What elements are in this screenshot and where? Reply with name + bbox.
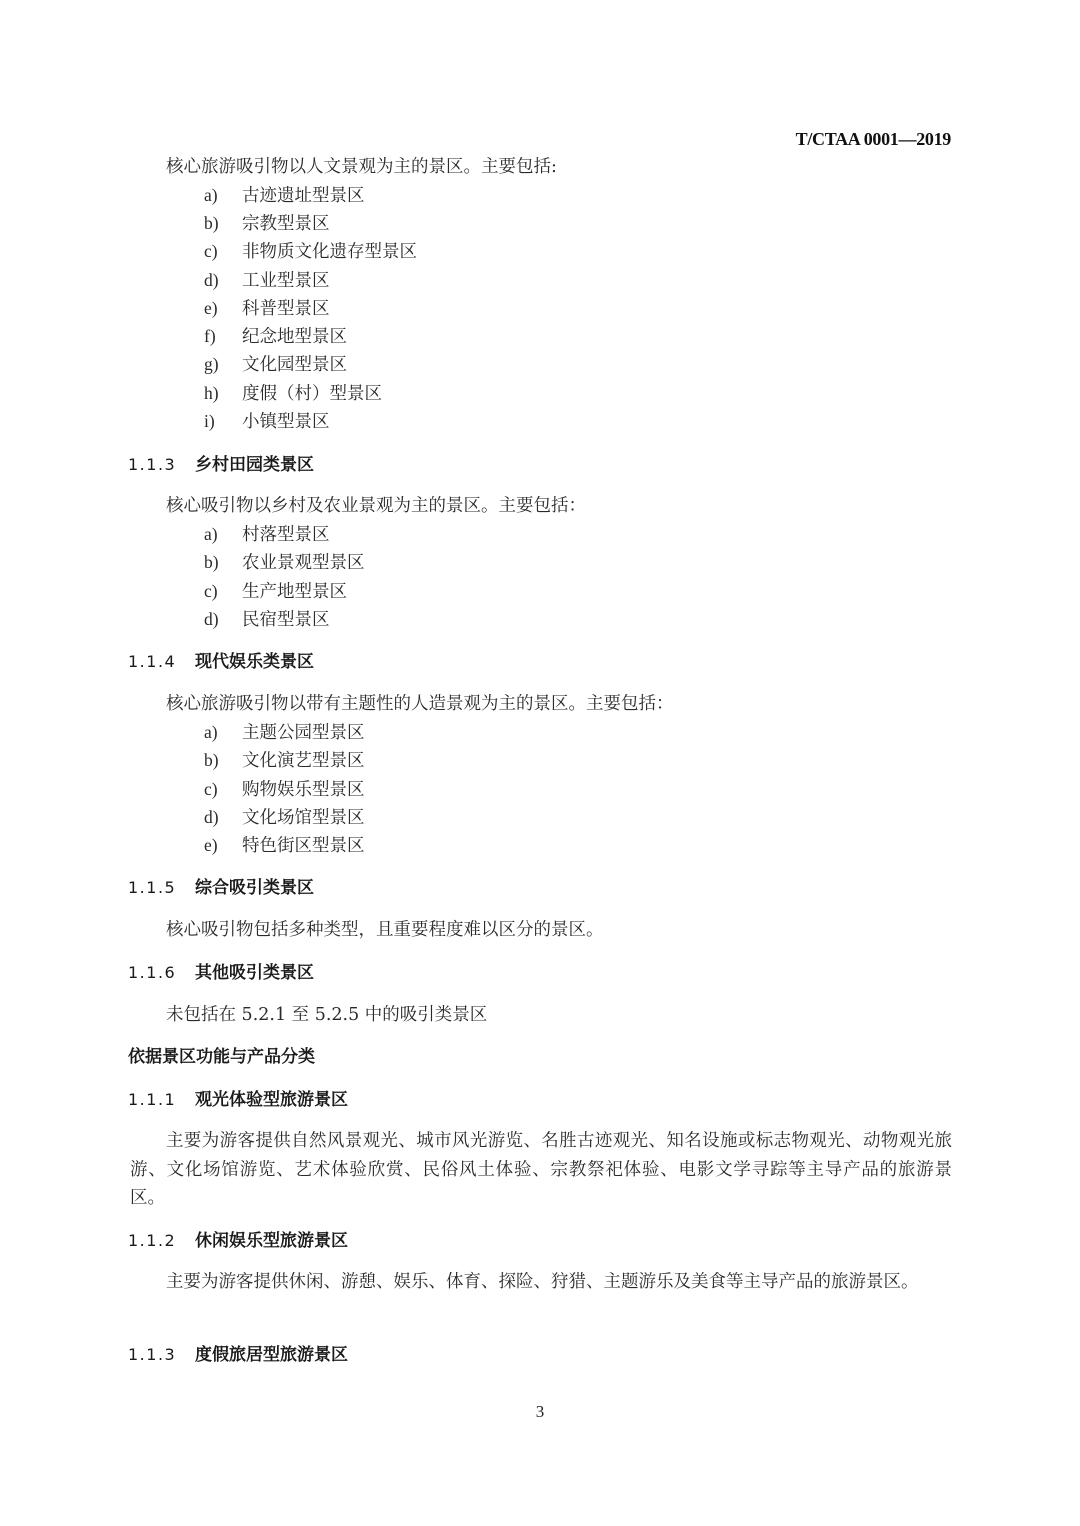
list-item: b)文化演艺型景区 [204, 746, 365, 775]
list-item: c)生产地型景区 [204, 577, 347, 606]
list-item: d)民宿型景区 [204, 605, 330, 634]
section-paragraph: 核心旅游吸引物以带有主题性的人造景观为主的景区。主要包括： [166, 690, 674, 718]
list-item: h)度假（村）型景区 [204, 379, 382, 408]
section-paragraph: 主要为游客提供休闲、游憩、娱乐、体育、探险、狩猎、主题游乐及美食等主导产品的旅游… [130, 1268, 952, 1297]
list-item: c)非物质文化遗存型景区 [204, 237, 417, 266]
section-paragraph: 核心吸引物包括多种类型，且重要程度难以区分的景区。 [166, 916, 604, 944]
list-item: e)科普型景区 [204, 294, 330, 323]
list-item: d)工业型景区 [204, 266, 330, 295]
section-heading: 1.1.3乡村田园类景区 [128, 451, 314, 479]
section-heading: 1.1.6其他吸引类景区 [128, 959, 314, 987]
list-item: e)特色街区型景区 [204, 831, 365, 860]
document-code: T/CTAA 0001—2019 [796, 129, 951, 150]
section-heading: 1.1.4现代娱乐类景区 [128, 648, 314, 676]
list-item: b)宗教型景区 [204, 209, 330, 238]
list-item: b)农业景观型景区 [204, 548, 365, 577]
section-heading: 1.1.5综合吸引类景区 [128, 874, 314, 902]
list-item: a)村落型景区 [204, 520, 330, 549]
category-heading: 依据景区功能与产品分类 [128, 1043, 315, 1071]
section-paragraph: 未包括在 5.2.1 至 5.2.5 中的吸引类景区 [166, 1001, 487, 1029]
list-item: a)古迹遗址型景区 [204, 181, 365, 210]
intro-paragraph: 核心旅游吸引物以人文景观为主的景区。主要包括: [166, 153, 557, 181]
section-heading: 1.1.2休闲娱乐型旅游景区 [128, 1227, 348, 1255]
list-item: f)纪念地型景区 [204, 322, 347, 351]
list-item: a)主题公园型景区 [204, 718, 365, 747]
list-item: i)小镇型景区 [204, 407, 330, 436]
list-item: d)文化场馆型景区 [204, 803, 365, 832]
page-number: 3 [0, 1402, 1080, 1422]
document-page: T/CTAA 0001—2019 核心旅游吸引物以人文景观为主的景区。主要包括:… [0, 0, 1080, 1526]
list-item: g)文化园型景区 [204, 350, 347, 379]
section-paragraph: 核心吸引物以乡村及农业景观为主的景区。主要包括： [166, 492, 586, 520]
section-heading: 1.1.1观光体验型旅游景区 [128, 1086, 348, 1114]
section-paragraph: 主要为游客提供自然风景观光、城市风光游览、名胜古迹观光、知名设施或标志物观光、动… [130, 1127, 952, 1213]
list-item: c)购物娱乐型景区 [204, 775, 365, 804]
section-heading: 1.1.3度假旅居型旅游景区 [128, 1341, 348, 1369]
